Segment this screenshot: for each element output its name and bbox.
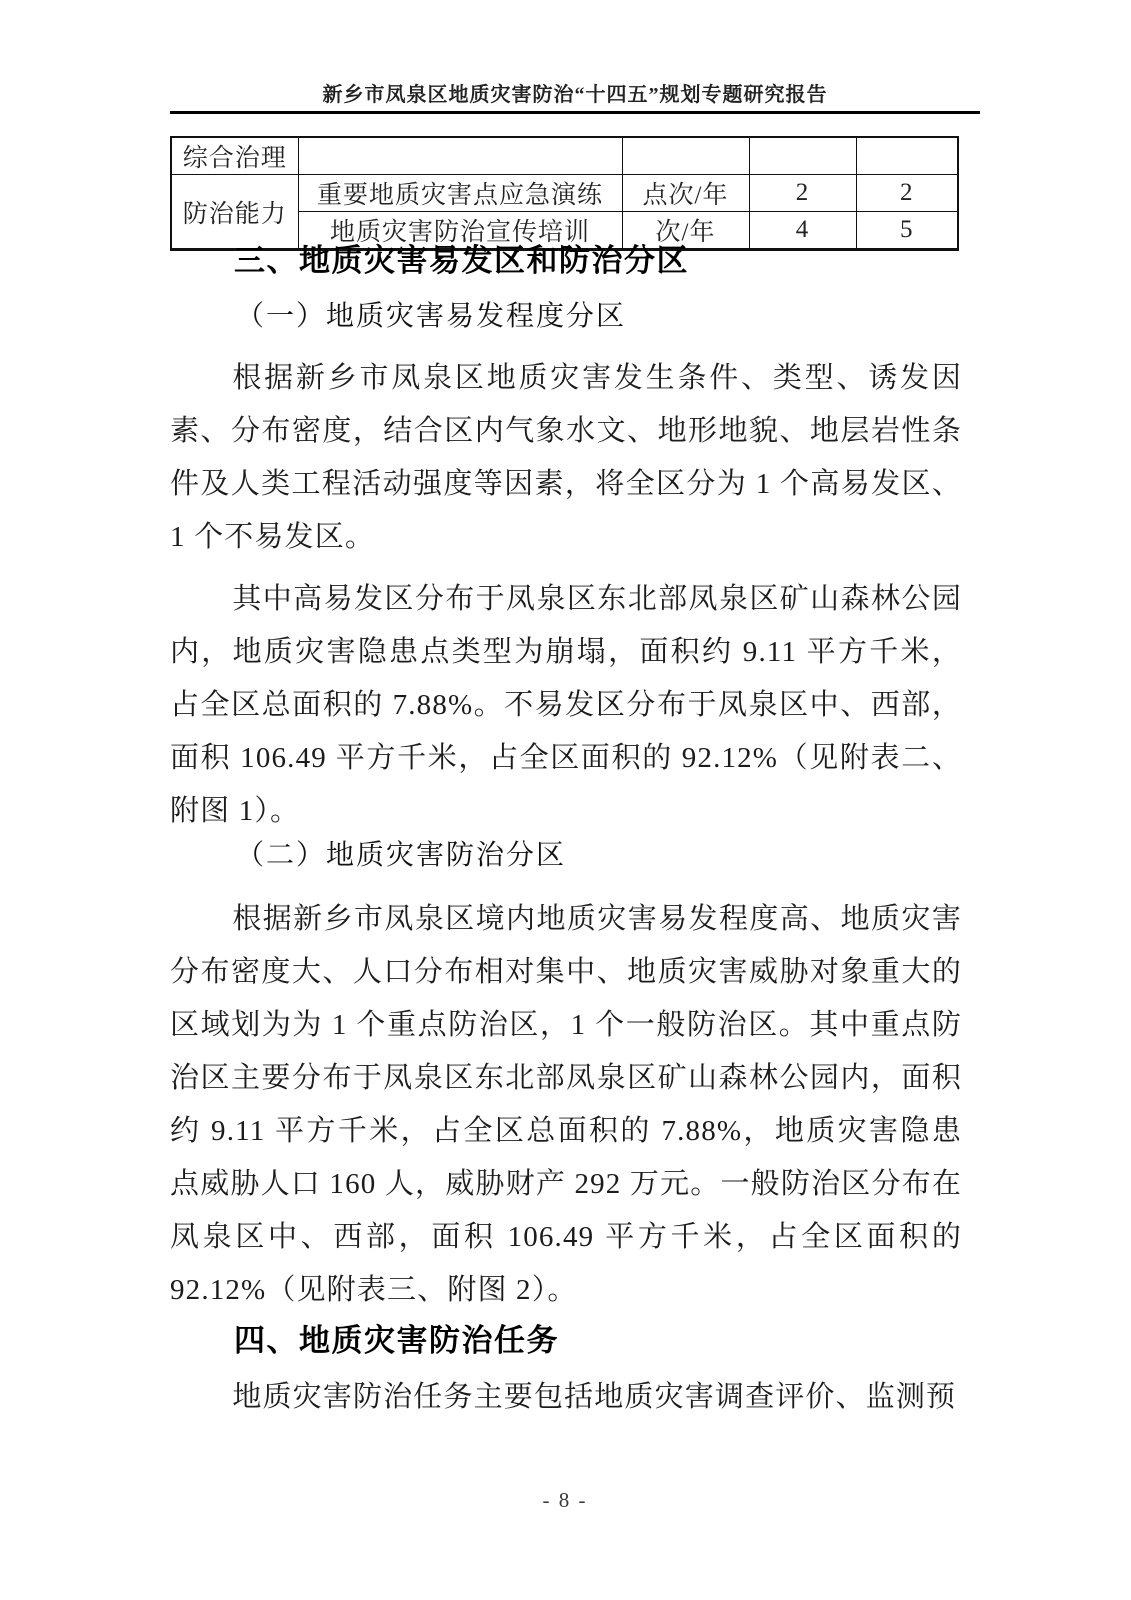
table-cell-item: 重要地质灾害点应急演练	[298, 175, 622, 212]
document-page: 新乡市凤泉区地质灾害防治“十四五”规划专题研究报告 综合治理 防治能力 重要地质…	[0, 0, 1131, 1600]
section-heading-4: 四、地质灾害防治任务	[170, 1323, 960, 1359]
header-rule	[170, 111, 980, 114]
table-row: 防治能力 重要地质灾害点应急演练 点次/年 2 2	[171, 175, 958, 212]
subsection-heading-3-1: （一）地质灾害易发程度分区	[170, 299, 960, 335]
paragraph-prevention-tasks: 地质灾害防治任务主要包括地质灾害调查评价、监测预	[170, 1371, 962, 1424]
table-cell-value: 2	[749, 175, 856, 212]
table-cell-empty	[298, 137, 622, 175]
paragraph-easy-occurrence-detail: 其中高易发区分布于凤泉区东北部凤泉区矿山森林公园内，地质灾害隐患点类型为崩塌，面…	[170, 573, 962, 838]
table-cell-empty	[749, 137, 856, 175]
subsection-heading-3-2: （二）地质灾害防治分区	[170, 838, 960, 874]
table-cell-value: 2	[856, 175, 958, 212]
paragraph-prevention-zoning: 根据新乡市凤泉区境内地质灾害易发程度高、地质灾害分布密度大、人口分布相对集中、地…	[170, 893, 962, 1317]
page-number: - 8 -	[170, 1488, 960, 1513]
table-cell-empty	[856, 137, 958, 175]
table-row: 综合治理	[171, 137, 958, 175]
table-cell-category: 防治能力	[171, 175, 298, 250]
table-cell-unit: 点次/年	[622, 175, 749, 212]
paragraph-easy-occurrence-intro: 根据新乡市凤泉区地质灾害发生条件、类型、诱发因素、分布密度，结合区内气象水文、地…	[170, 352, 962, 564]
table-cell-empty	[622, 137, 749, 175]
table-cell-category: 综合治理	[171, 137, 298, 175]
section-heading-3: 三、地质灾害易发区和防治分区	[170, 243, 960, 279]
running-header-title: 新乡市凤泉区地质灾害防治“十四五”规划专题研究报告	[170, 78, 980, 107]
indicator-table: 综合治理 防治能力 重要地质灾害点应急演练 点次/年 2 2 地质灾害防治宣传培…	[170, 136, 959, 251]
